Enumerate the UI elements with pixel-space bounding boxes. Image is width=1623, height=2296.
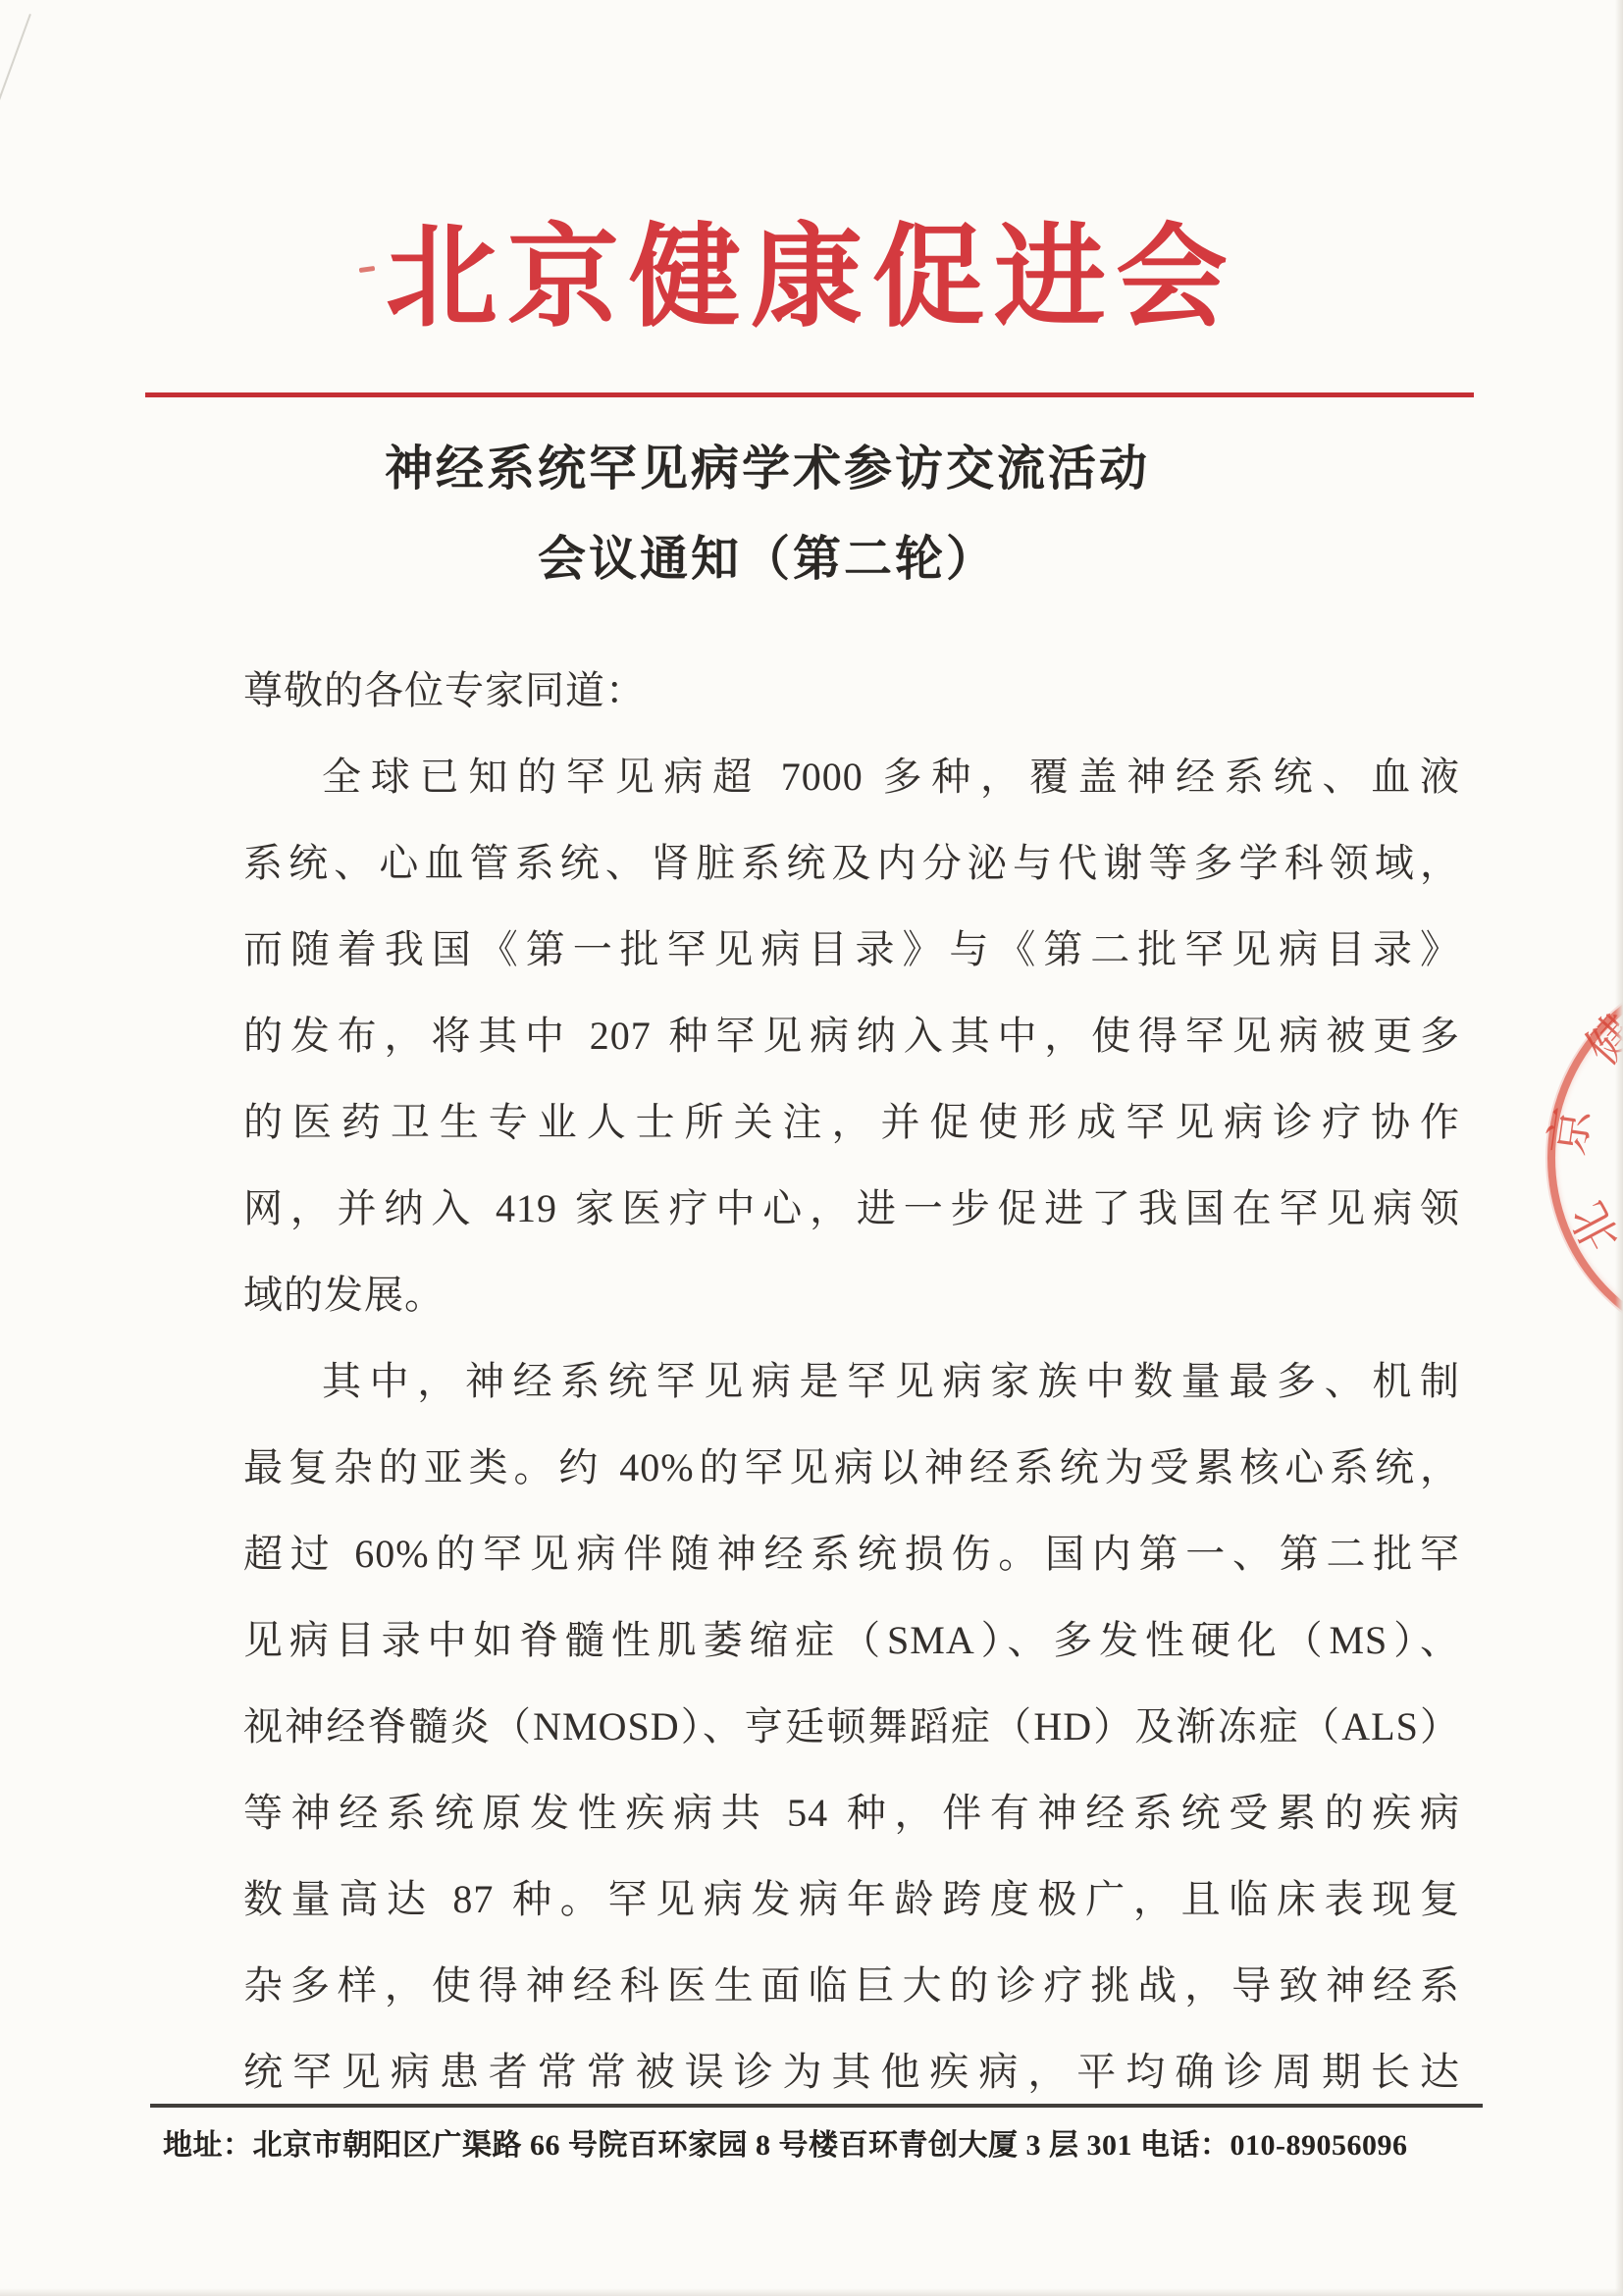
body-line: 视神经脊髓炎（NMOSD）、亨廷顿舞蹈症（HD）及渐冻症（ALS） — [243, 1684, 1460, 1770]
page-edge-shadow — [0, 2288, 1623, 2296]
body-line: 见病目录中如脊髓性肌萎缩症（SMA）、多发性硬化（MS）、 — [243, 1597, 1460, 1684]
salutation: 尊敬的各位专家同道： — [243, 648, 1460, 734]
page-corner-fold-mark — [0, 14, 31, 145]
letterhead-divider — [145, 392, 1474, 397]
seal-character: 京 — [1530, 1103, 1603, 1159]
body-line: 域的发展。 — [243, 1252, 1460, 1338]
document-title-line2: 会议通知（第二轮） — [0, 532, 1579, 587]
body-line: 统罕见病患者常常被误诊为其他疾病，平均确诊周期长达 — [243, 2029, 1460, 2115]
body-line: 全球已知的罕见病超 7000 多种，覆盖神经系统、血液 — [243, 734, 1460, 820]
body-line: 最复杂的亚类。约 40%的罕见病以神经系统为受累核心系统， — [243, 1425, 1460, 1511]
page-edge-shadow — [1615, 0, 1623, 2296]
scanned-document-page: 北京健康促进会 神经系统罕见病学术参访交流活动 会议通知（第二轮） 尊敬的各位专… — [0, 0, 1623, 2296]
body-line: 超过 60%的罕见病伴随神经系统损伤。国内第一、第二批罕 — [243, 1511, 1460, 1597]
footer-divider — [150, 2104, 1483, 2108]
body-line: 等神经系统原发性疾病共 54 种，伴有神经系统受累的疾病 — [243, 1770, 1460, 1856]
footer-address: 地址：北京市朝阳区广渠路 66 号院百环家园 8 号楼百环青创大厦 3 层 30… — [163, 2121, 1537, 2170]
body-line: 数量高达 87 种。罕见病发病年龄跨度极广，且临床表现复 — [243, 1856, 1460, 1943]
document-title-line1: 神经系统罕见病学术参访交流活动 — [0, 442, 1579, 496]
letter-body: 尊敬的各位专家同道： 全球已知的罕见病超 7000 多种，覆盖神经系统、血液 系… — [243, 648, 1460, 2115]
body-line: 的医药卫生专业人士所关注，并促使形成罕见病诊疗协作 — [243, 1079, 1460, 1166]
body-line: 而随着我国《第一批罕见病目录》与《第二批罕见病目录》 — [243, 907, 1460, 993]
document-title: 神经系统罕见病学术参访交流活动 会议通知（第二轮） — [0, 442, 1579, 587]
body-line: 其中，神经系统罕见病是罕见病家族中数量最多、机制 — [243, 1338, 1460, 1425]
body-line: 的发布，将其中 207 种罕见病纳入其中，使得罕见病被更多 — [243, 993, 1460, 1079]
body-line: 系统、心血管系统、肾脏系统及内分泌与代谢等多学科领域， — [243, 820, 1460, 907]
body-line: 杂多样，使得神经科医生面临巨大的诊疗挑战，导致神经系 — [243, 1943, 1460, 2029]
letterhead-org-name: 北京健康促进会 — [0, 212, 1623, 346]
body-line: 网，并纳入 419 家医疗中心，进一步促进了我国在罕见病领 — [243, 1166, 1460, 1252]
